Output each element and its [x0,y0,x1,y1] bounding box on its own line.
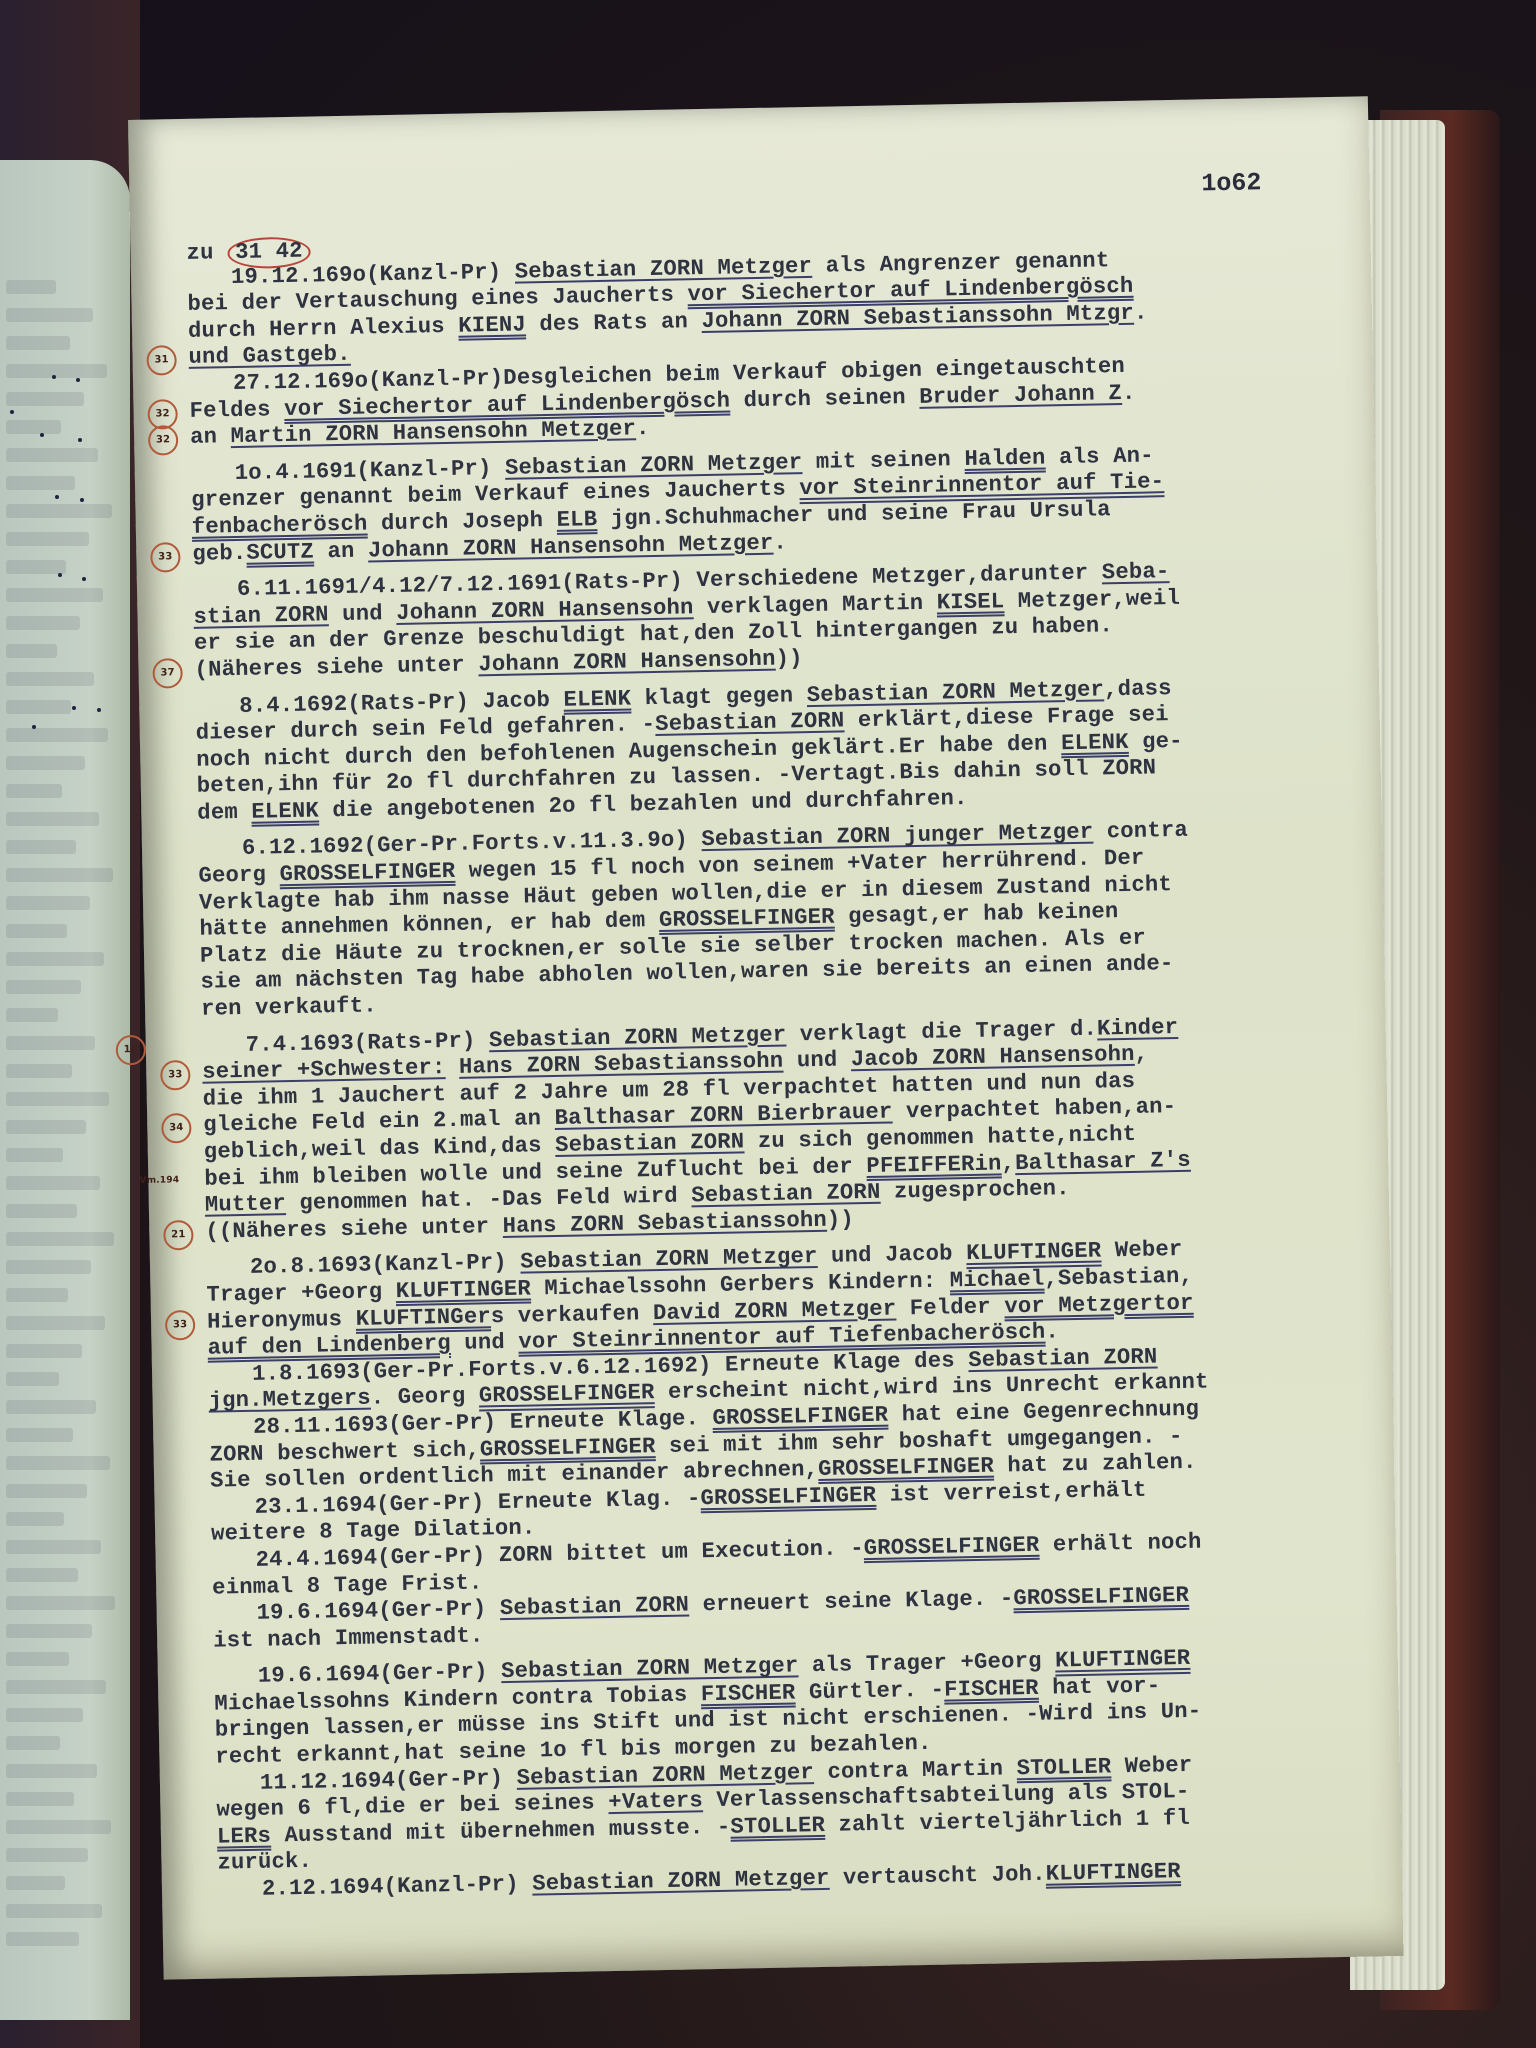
show-through-text [6,1568,78,1582]
underlined-name: David ZORN Metzger [653,1296,897,1326]
show-through-text [6,1932,79,1946]
text-segment: Trager +Georg [206,1279,396,1308]
double-underlined-term: GROSSELFINGER [659,905,835,933]
show-through-text [6,728,108,742]
underlined-name: Sebastian ZORN [655,708,845,737]
show-through-text [6,1064,72,1078]
underlined-name: Sebastian ZORN Metzger [489,1022,787,1053]
text-segment: ZORN beschwert sich, [209,1437,480,1467]
underlined-name: Seba- [1102,559,1170,585]
double-underlined-term: STOLLER [730,1813,825,1840]
text-segment: (Näheres siehe unter [194,652,478,682]
ink-dot [32,725,36,729]
margin-annotation-circle: 31 [146,345,177,376]
show-through-text [6,1736,60,1750]
show-through-text [6,1204,77,1218]
text-segment: contra Martin [814,1756,1017,1785]
margin-annotation-circle: 37 [152,658,183,689]
double-underlined-term: auf den Lindenberg [207,1331,451,1361]
double-underlined-term: LERs [217,1823,272,1849]
underlined-name: Sebastian ZORN Metzger [515,253,813,284]
show-through-text [6,1680,106,1694]
double-underlined-term: GROSSELFINGER [480,1434,656,1462]
show-through-text [6,1596,115,1610]
show-through-text [6,1400,96,1414]
double-underlined-term: fenbacherösch [192,511,368,539]
text-segment: verpachtet haben,an- [892,1094,1176,1124]
underlined-name: Sebastian ZORN [968,1344,1158,1373]
show-through-text [6,784,62,798]
text-segment: einmal 8 Tage Frist. [212,1570,483,1600]
underlined-name: Sebastian ZORN Metzger [516,1760,814,1791]
double-underlined-term: GROSSELFINGER [863,1533,1039,1561]
text-segment: und Jacob [817,1241,966,1269]
double-underlined-term: KLUFTINGer [355,1304,491,1332]
double-underlined-term: GROSSELFINGER [279,859,455,887]
text-segment: . [636,416,650,441]
document-page: 1o62 zu 31 4219.12.169o(Kanzl-Pr) Sebast… [128,96,1403,1979]
page-number: 1o62 [1201,168,1262,198]
show-through-text [6,756,85,770]
text-segment: Felder [896,1294,1005,1321]
show-through-text [6,1372,59,1386]
ink-dot [58,573,62,577]
show-through-text [6,1764,97,1778]
text-segment: Metzger,weil [1004,586,1180,614]
double-underlined-term: PFEIFFERin [866,1151,1002,1179]
text-segment: erhält noch [1039,1530,1202,1558]
text-segment: mit seinen [802,447,965,475]
text-segment: )) [775,646,803,672]
typewritten-text-body: zu 31 4219.12.169o(Kanzl-Pr) Sebastian Z… [186,217,1358,1904]
ink-dot [80,498,84,502]
double-underlined-term: KLUFTINGER [396,1276,532,1304]
double-underlined-term: ELB [556,507,597,533]
text-segment: durch Joseph [367,508,557,537]
text-segment: 19.12.169o(Kanzl-Pr) [231,259,515,289]
margin-annotation-circle: 33 [165,1309,196,1340]
double-underlined-term: STOLLER [1016,1754,1111,1781]
text-segment: s verkaufen [491,1301,654,1329]
show-through-text [6,1120,86,1134]
show-through-text [6,336,70,350]
text-segment: hat vor- [1038,1673,1160,1700]
show-through-text [6,1848,88,1862]
ink-dot [97,708,101,712]
text-segment: ren verkauft. [201,993,377,1021]
text-segment: klagt gegen [631,683,807,711]
show-through-text [6,1652,69,1666]
text-segment: als Angrenzer genannt [812,248,1110,279]
double-underlined-term: KISEL [937,589,1005,615]
double-underlined-term: vor Metzgertor [1004,1290,1194,1319]
show-through-text [6,896,90,910]
underlined-name: +Vaters [608,1789,703,1816]
double-underlined-term: KLUFTINGER [1045,1859,1181,1887]
text-segment: verklagt die Trager d. [786,1016,1097,1047]
underlined-name: Sebastian ZORN Metzger [532,1866,830,1897]
text-segment: und [451,1330,519,1356]
double-underlined-term: FISCHER [944,1676,1039,1703]
text-segment: ge- [1128,729,1183,755]
show-through-text [6,1456,110,1470]
underlined-name: Sebastian ZORN Metzger [501,1654,799,1685]
text-segment [445,1055,459,1080]
text-segment: Georg [198,862,280,889]
text-segment: gesagt,er hab keinen [834,899,1118,929]
text-segment: des Rats an [526,309,702,337]
double-underlined-term: Halden [964,445,1046,472]
underlined-name: Sebastian ZORN [691,1180,881,1209]
text-segment: als Trager +Georg [798,1649,1055,1679]
text-segment: ,dass [1104,676,1172,702]
show-through-text [6,1176,100,1190]
double-underlined-term: Michael [950,1267,1045,1294]
text-segment: . Georg [371,1384,480,1411]
margin-annotation-circle: Vm.194 [134,1167,184,1194]
underlined-name: Balthasar Z's [1015,1147,1191,1175]
text-segment: contra [1093,818,1188,845]
ink-dot [52,375,56,379]
show-through-text [6,560,66,574]
text-segment: und [328,601,396,627]
underlined-name: jgn.Metzgers [208,1386,371,1414]
double-underlined-term: KIENJ [458,312,526,338]
show-through-text [6,980,81,994]
text-segment: . [773,530,787,555]
show-through-text [6,1820,111,1834]
text-segment: 7.4.1693(Rats-Pr) [246,1028,490,1058]
text-segment: ,Sebastian, [1044,1264,1193,1292]
ink-dot [55,495,59,499]
ink-dot [72,706,76,710]
show-through-text [6,392,84,406]
show-through-text [6,364,107,378]
show-through-text [6,812,99,826]
underlined-name: und Gastgeb. [188,342,351,370]
show-through-text [6,1316,105,1330]
text-segment: Weber [1111,1753,1193,1780]
double-underlined-term: FISCHER [701,1680,796,1707]
show-through-text [6,1428,73,1442]
ink-dot [76,378,80,382]
margin-annotation-circle: 33 [160,1060,191,1091]
text-segment: durch seinen [730,384,920,413]
text-segment: 2o.8.1693(Kanzl-Pr) [250,1250,521,1280]
margin-annotation-circle: 21 [163,1220,194,1251]
text-segment: Feldes [189,397,284,424]
show-through-text [6,868,113,882]
double-underlined-term: GROSSELFINGER [1013,1583,1189,1611]
ink-dot [78,438,82,442]
text-segment: hat zu zahlen. [994,1450,1197,1479]
show-through-text [6,952,104,966]
underlined-name: Sebastian ZORN [555,1129,745,1158]
show-through-text [6,1288,68,1302]
text-segment: an [314,538,369,564]
show-through-text [6,672,94,686]
double-underlined-term: ELENK [563,686,631,712]
show-through-text [6,532,89,546]
double-underlined-term: SCUTZ [246,539,314,565]
text-segment: 19.6.1694(Ger-Pr) [256,1596,500,1626]
text-segment: zugesprochen. [880,1176,1070,1205]
show-through-text [6,1512,64,1526]
text-segment: . [1122,380,1136,405]
text-segment: , [1001,1151,1015,1176]
show-through-text [6,1624,92,1638]
underlined-name: Jacob ZORN Hansensohn [851,1042,1135,1072]
underlined-name: Johann ZORN Hansensohn [396,595,694,626]
text-segment: an [190,424,231,450]
text-segment: 2.12.1694(Kanzl-Pr) [262,1872,533,1902]
ink-dot [82,577,86,581]
double-underlined-term: GROSSELFINGER [700,1483,876,1511]
show-through-text [6,644,57,658]
text-segment: . [1134,300,1148,325]
reference-prefix: zu [186,240,227,266]
double-underlined-term: GROSSELFINGER [818,1454,994,1482]
underlined-name: Johann ZORN Hansensohn [478,647,776,678]
underlined-name: Kinder [1097,1015,1179,1042]
show-through-text [6,1232,114,1246]
double-underlined-term: ELENK [251,798,319,824]
text-segment: , [1134,1042,1148,1067]
show-through-text [6,280,56,294]
underlined-name: seiner +Schwester: [202,1055,446,1085]
text-segment: verklagen Martin [693,590,937,620]
text-segment: ist verreist,erhält [876,1477,1147,1507]
show-through-text [6,1876,65,1890]
text-segment: 19.6.1694(Ger-Pr) [258,1659,502,1689]
show-through-text [6,448,98,462]
ink-dot [40,433,44,437]
margin-annotation-circle: 34 [161,1113,192,1144]
show-through-text [6,308,93,322]
text-segment: geb. [192,540,247,566]
underlined-name: Mutter [205,1191,287,1218]
show-through-text [6,588,103,602]
text-segment: durch Herrn Alexius [188,313,459,343]
show-through-text [6,1008,58,1022]
text-segment: 1o.4.1691(Kanzl-Pr) [235,456,506,486]
text-segment: dem [197,800,252,826]
show-through-text [6,1540,101,1554]
text-segment: ((Näheres siehe unter [205,1214,503,1245]
text-segment: Hieronymus [207,1306,356,1334]
underlined-name: Sebastian ZORN Metzger [807,677,1105,708]
underlined-name: Sebastian ZORN Metzger [520,1244,818,1275]
text-segment: als An- [1045,443,1154,470]
text-segment: 11.12.1694(Ger-Pr) [260,1766,517,1796]
show-through-text [6,1260,91,1274]
underlined-name: Sebastian ZORN [500,1593,690,1622]
show-through-text [6,504,112,518]
show-through-text [6,840,76,854]
show-through-text [6,1904,102,1918]
double-underlined-term: GROSSELFINGER [712,1403,888,1431]
text-segment: hat eine Gegenrechnung [888,1397,1199,1428]
margin-annotation-circle: 33 [150,542,181,573]
show-through-text [6,924,67,938]
show-through-text [6,1708,83,1722]
underlined-name: stian ZORN [193,602,329,630]
text-segment: und [783,1048,851,1074]
underlined-name: Sebastian ZORN Metzger [505,450,803,481]
double-underlined-term: GROSSELFINGER [479,1380,655,1408]
underlined-name: Bruder Johann Z [919,381,1122,410]
show-through-text [6,1036,95,1050]
text-segment: ist nach Immenstadt. [213,1623,484,1653]
show-through-text [6,1484,87,1498]
ink-dot [10,410,14,414]
left-page-show-through [0,160,130,2020]
text-segment: Gürtler. - [795,1677,944,1705]
show-through-text [6,700,71,714]
show-through-text [6,1344,82,1358]
show-through-text [6,1792,74,1806]
text-segment: . [1045,1320,1059,1345]
margin-annotation-circle: 32 [148,425,179,456]
double-underlined-term: ELENK [1061,730,1129,756]
double-underlined-term: KLUFTINGER [966,1239,1102,1267]
text-segment: vertauscht Joh. [829,1862,1046,1891]
margin-annotation-circle: 16 [116,1034,147,1065]
text-segment: Weber [1101,1237,1183,1264]
text-segment: zurück. [217,1849,312,1876]
show-through-text [6,1148,63,1162]
show-through-text [6,1092,109,1106]
underlined-name: Hans ZORN Sebastianssohn [502,1208,827,1239]
text-segment: )) [827,1207,855,1233]
show-through-text [6,476,75,490]
double-underlined-term: KLUFTINGER [1055,1646,1191,1674]
show-through-text [6,616,80,630]
show-through-text [6,420,61,434]
